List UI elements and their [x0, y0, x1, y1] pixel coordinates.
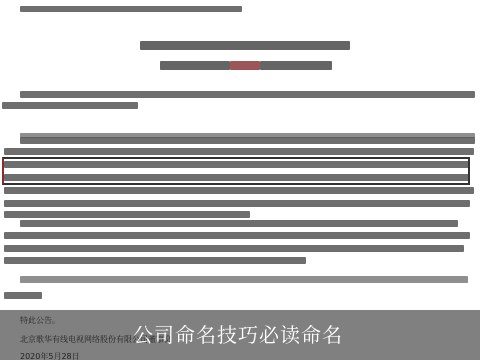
paragraph-line [4, 211, 250, 218]
document-header-line [20, 6, 242, 12]
date-text: 2020年5月28日 [20, 351, 80, 360]
paragraph-line [4, 292, 42, 299]
caption-title: 公司命名技巧必读命名 [133, 319, 343, 348]
paragraph-line [4, 245, 464, 252]
document-title-line-2b [260, 61, 332, 70]
paragraph-line [20, 137, 475, 144]
paragraph-line [2, 102, 138, 109]
paragraph-line [20, 276, 468, 283]
paragraph-line [20, 91, 475, 98]
paragraph-line [4, 257, 306, 264]
highlight-box [2, 157, 470, 185]
paragraph-line [4, 148, 474, 155]
document-title-line-2 [160, 61, 230, 70]
document-title-line-1 [140, 41, 350, 50]
paragraph-line [4, 200, 470, 207]
document-title-highlight [230, 61, 260, 70]
paragraph-line [4, 187, 474, 194]
closing-text: 特此公告。 [20, 315, 60, 326]
paragraph-line [4, 232, 470, 239]
document-page [0, 0, 480, 310]
paragraph-line [20, 220, 458, 227]
